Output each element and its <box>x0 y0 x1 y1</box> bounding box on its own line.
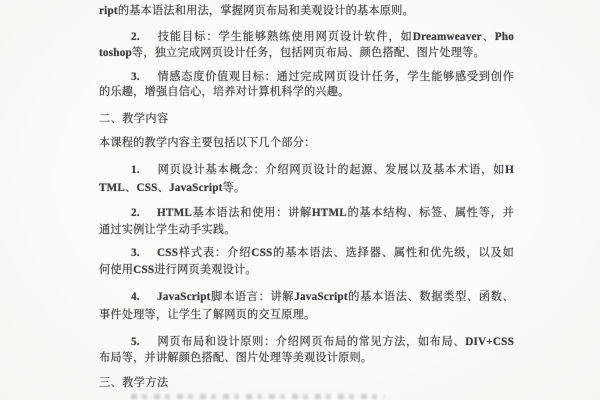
section-heading: 三、教学方法 <box>99 375 514 391</box>
text-segment: 网页布局和设计原则：介绍网页布局的常见方法，如布局、 <box>157 336 465 348</box>
line-text: 布局等，并讲解颜色搭配、图片处理等美观设计原则。 <box>99 352 372 364</box>
line-text: CSS样式表：介绍CSS的基本语法、选择器、属性和优先级，以及如 <box>157 247 514 259</box>
text-segment: CSS <box>136 182 157 194</box>
text-segment: 通过实例让学生动手实践。 <box>99 224 236 236</box>
document-text-layer: ript的基本语法和用法，掌握网页布局和美观设计的基本原则。 2.技能目标：学生… <box>0 0 600 400</box>
text-segment: HTML <box>157 207 192 219</box>
line-text: toshop等，独立完成网页设计任务，包括网页布局、颜色搭配、图片处理等。 <box>99 47 485 59</box>
line-text: 的乐趣，增强自信心，培养对计算机科学的兴趣。 <box>99 86 350 98</box>
item-number: 5. <box>131 334 157 350</box>
text-segment: 的基本语法、选择器、属性和优先级，以及如 <box>272 247 514 259</box>
text-segment: H <box>505 164 514 176</box>
line-text: 网页设计基本概念：介绍网页设计的起源、发展以及基本术语，如H <box>157 164 514 176</box>
text-segment: 布局等，并讲解颜色搭配、图片处理等美观设计原则。 <box>99 352 372 364</box>
line-text: HTML基本语法和使用：讲解HTML的基本结构、标签、属性等，并 <box>157 207 514 219</box>
line-text: 网页布局和设计原则：介绍网页布局的常见方法，如布局、DIV+CSS <box>157 336 514 348</box>
list-item-line: 5.网页布局和设计原则：介绍网页布局的常见方法，如布局、DIV+CSS <box>99 334 514 350</box>
text-segment: 、 <box>125 182 136 194</box>
text-segment: 何使用 <box>99 264 133 276</box>
list-item-line: 4.JavaScript脚本语言：讲解JavaScript的基本语法、数据类型、… <box>99 289 514 305</box>
text-segment: 二、教学内容 <box>99 113 169 125</box>
text-segment: toshop <box>99 47 132 59</box>
body-line: 事件处理等，让学生了解网页的交互原理。 <box>99 307 514 323</box>
text-segment: CSS <box>251 247 272 259</box>
line-text: ript的基本语法和用法，掌握网页布局和美观设计的基本原则。 <box>99 5 414 17</box>
text-segment: 等。 <box>223 182 246 194</box>
item-number: 4. <box>131 289 157 305</box>
text-segment: 的基本语法和用法，掌握网页布局和美观设计的基本原则。 <box>118 5 414 17</box>
line-text: 本课程的教学内容主要包括以下几个部分： <box>99 137 315 149</box>
text-segment: 、 <box>158 182 169 194</box>
text-segment: TML <box>99 182 125 194</box>
text-segment: DIV+CSS <box>465 336 514 348</box>
item-number: 1. <box>131 162 157 178</box>
text-segment: 本课程的教学内容主要包括以下几个部分： <box>99 137 315 149</box>
text-segment: 基本语法和使用：讲解 <box>192 207 312 219</box>
text-segment: JavaScript <box>294 291 348 303</box>
item-number: 3. <box>131 69 157 85</box>
body-line: 何使用CSS进行网页美观设计。 <box>99 262 514 278</box>
list-item-line: 2.技能目标：学生能够熟练使用网页设计软件，如Dreamweaver、Pho <box>99 29 514 45</box>
item-number: 3. <box>131 245 157 261</box>
line-text: 事件处理等，让学生了解网页的交互原理。 <box>99 309 315 321</box>
list-item-line: 1.网页设计基本概念：介绍网页设计的起源、发展以及基本术语，如H <box>99 162 514 178</box>
text-segment: JavaScript <box>157 291 211 303</box>
line-text: 情感态度价值观目标：通过完成网页设计任务，学生能够感受到创作 <box>157 71 514 83</box>
text-segment: Dreamweaver <box>413 31 482 43</box>
truncated-bottom-text-line <box>131 394 385 399</box>
body-line: 通过实例让学生动手实践。 <box>99 222 514 238</box>
text-segment: 脚本语言：讲解 <box>211 291 295 303</box>
text-segment: 的基本语法、数据类型、函数、 <box>348 291 514 303</box>
text-segment: 的基本结构、标签、属性等，并 <box>347 207 514 219</box>
line-text: JavaScript脚本语言：讲解JavaScript的基本语法、数据类型、函数… <box>157 291 514 303</box>
line-text: 何使用CSS进行网页美观设计。 <box>99 264 257 276</box>
text-segment: JavaScript <box>169 182 223 194</box>
text-segment: 网页设计基本概念：介绍网页设计的起源、发展以及基本术语，如 <box>157 164 505 176</box>
body-line: toshop等，独立完成网页设计任务，包括网页布局、颜色搭配、图片处理等。 <box>99 45 514 61</box>
line-text: TML、CSS、JavaScript等。 <box>99 182 245 194</box>
text-segment: 三、教学方法 <box>99 377 169 389</box>
text-segment: 、 <box>482 31 495 43</box>
body-line: 的乐趣，增强自信心，培养对计算机科学的兴趣。 <box>99 84 514 100</box>
text-segment: CSS <box>133 264 154 276</box>
text-segment: 样式表：介绍 <box>178 247 251 259</box>
section-heading: 二、教学内容 <box>99 111 514 127</box>
body-line: 布局等，并讲解颜色搭配、图片处理等美观设计原则。 <box>99 350 514 366</box>
item-number: 2. <box>131 29 157 45</box>
text-segment: CSS <box>157 247 178 259</box>
text-segment: 事件处理等，让学生了解网页的交互原理。 <box>99 309 315 321</box>
list-item-line: 3.情感态度价值观目标：通过完成网页设计任务，学生能够感受到创作 <box>99 69 514 85</box>
list-item-line: 3.CSS样式表：介绍CSS的基本语法、选择器、属性和优先级，以及如 <box>99 245 514 261</box>
text-segment: 情感态度价值观目标：通过完成网页设计任务，学生能够感受到创作 <box>157 71 514 83</box>
body-line: ript的基本语法和用法，掌握网页布局和美观设计的基本原则。 <box>99 3 514 19</box>
line-text: 三、教学方法 <box>99 377 169 389</box>
body-line: 本课程的教学内容主要包括以下几个部分： <box>99 135 514 151</box>
body-line: TML、CSS、JavaScript等。 <box>99 180 514 196</box>
text-segment: 等，独立完成网页设计任务，包括网页布局、颜色搭配、图片处理等。 <box>132 47 485 59</box>
text-segment: Pho <box>495 31 514 43</box>
document-page: ript的基本语法和用法，掌握网页布局和美观设计的基本原则。 2.技能目标：学生… <box>0 0 600 400</box>
text-segment: 进行网页美观设计。 <box>154 264 257 276</box>
list-item-line: 2.HTML基本语法和使用：讲解HTML的基本结构、标签、属性等，并 <box>99 205 514 221</box>
text-segment: HTML <box>312 207 347 219</box>
text-segment: 的乐趣，增强自信心，培养对计算机科学的兴趣。 <box>99 86 350 98</box>
line-text: 二、教学内容 <box>99 113 169 125</box>
line-text: 技能目标：学生能够熟练使用网页设计软件，如Dreamweaver、Pho <box>157 31 514 43</box>
text-segment: 技能目标：学生能够熟练使用网页设计软件，如 <box>157 31 413 43</box>
text-segment: ript <box>99 5 118 17</box>
item-number: 2. <box>131 205 157 221</box>
line-text: 通过实例让学生动手实践。 <box>99 224 236 236</box>
